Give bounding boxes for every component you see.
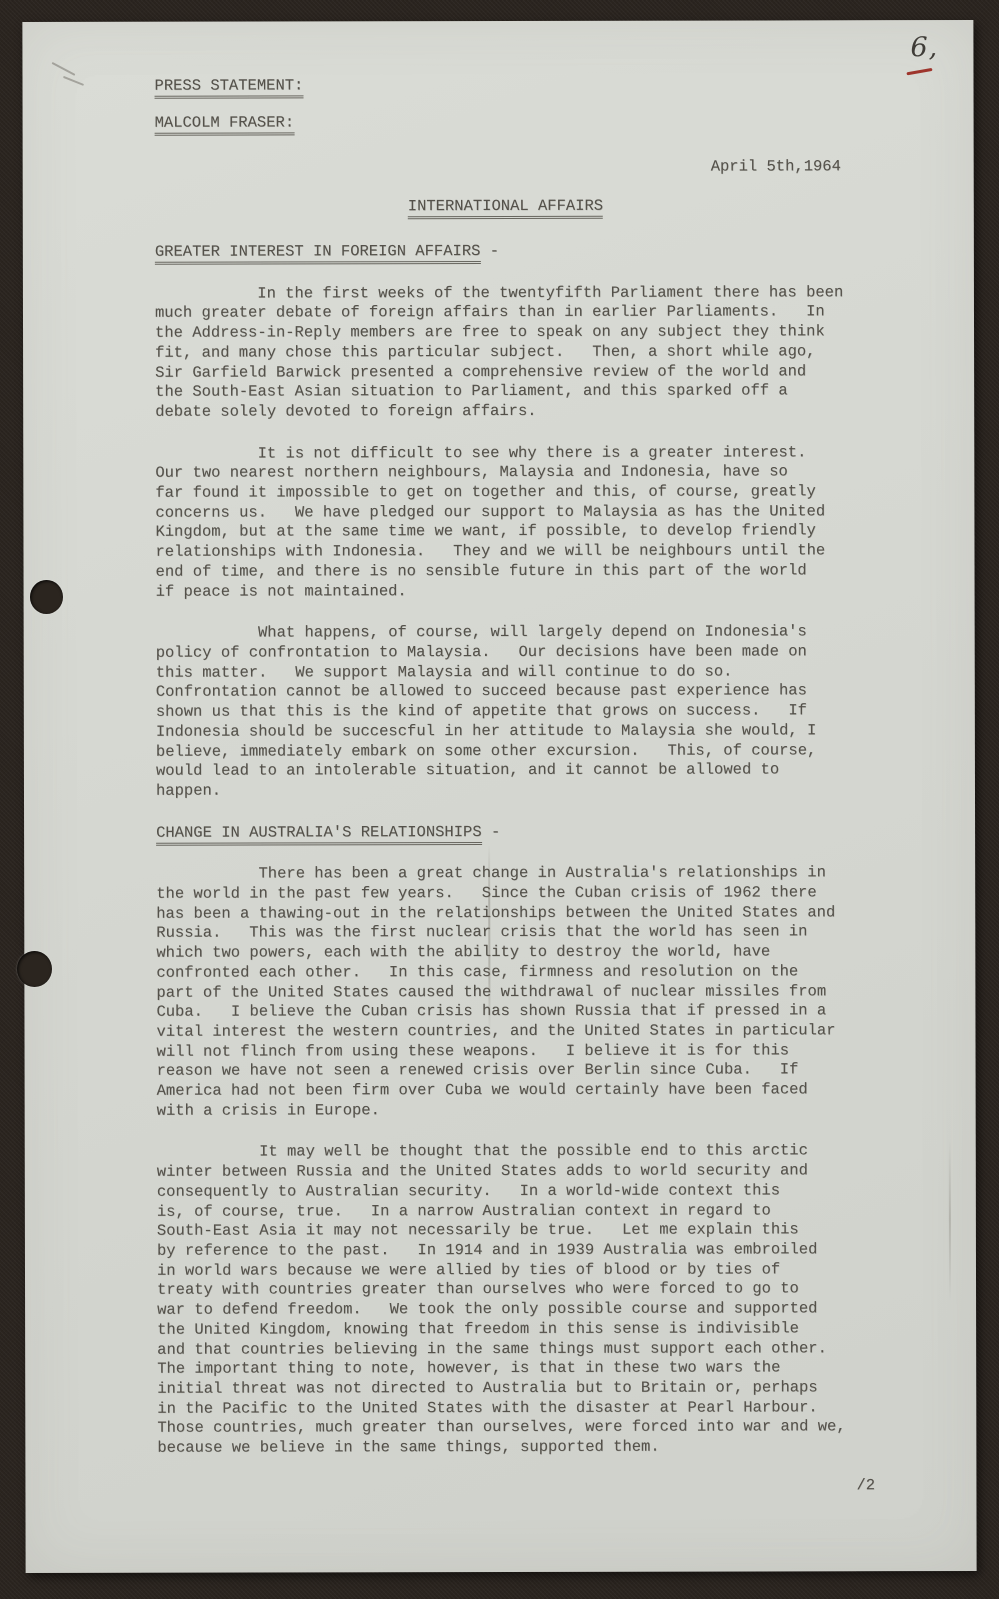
document-body: GREATER INTEREST IN FOREIGN AFFAIRS - In… <box>155 241 906 1480</box>
handwritten-page-number: 6, <box>910 32 938 63</box>
hole-punch-bottom <box>17 951 52 987</box>
paragraph: What happens, of course, will largely de… <box>156 622 904 801</box>
crease-mark-vertical <box>488 844 490 1036</box>
staple-scratch-mark <box>63 76 84 86</box>
paragraph: In the first weeks of the twentyfifth Pa… <box>155 283 903 422</box>
paragraph: There has been a great change in Austral… <box>156 863 905 1121</box>
paragraph: It may well be thought that the possible… <box>157 1142 906 1459</box>
document-title: INTERNATIONAL AFFAIRS <box>408 197 603 217</box>
red-tick-mark <box>906 68 932 76</box>
paper-sheet: 6, PRESS STATEMENT: MALCOLM FRASER: Apri… <box>22 20 976 1573</box>
continuation-page-mark: /2 <box>856 1476 875 1496</box>
document-background: { "colors": { "background_fabric": "#2a2… <box>0 0 999 1599</box>
heading-dash: - <box>482 823 501 841</box>
section-heading-australias-relationships: CHANGE IN AUSTRALIA'S RELATIONSHIPS - <box>156 822 904 843</box>
section-heading-foreign-affairs: GREATER INTEREST IN FOREIGN AFFAIRS - <box>155 241 903 262</box>
author-name: MALCOLM FRASER: <box>155 113 295 133</box>
staple-scratch-mark <box>52 62 76 76</box>
date-line: April 5th,1964 <box>711 157 841 177</box>
press-statement-label: PRESS STATEMENT: <box>154 76 303 96</box>
heading-dash: - <box>480 242 499 260</box>
hole-punch-top <box>30 580 63 614</box>
crease-mark-right <box>949 1138 951 1300</box>
paragraph: It is not difficult to see why there is … <box>155 443 903 602</box>
